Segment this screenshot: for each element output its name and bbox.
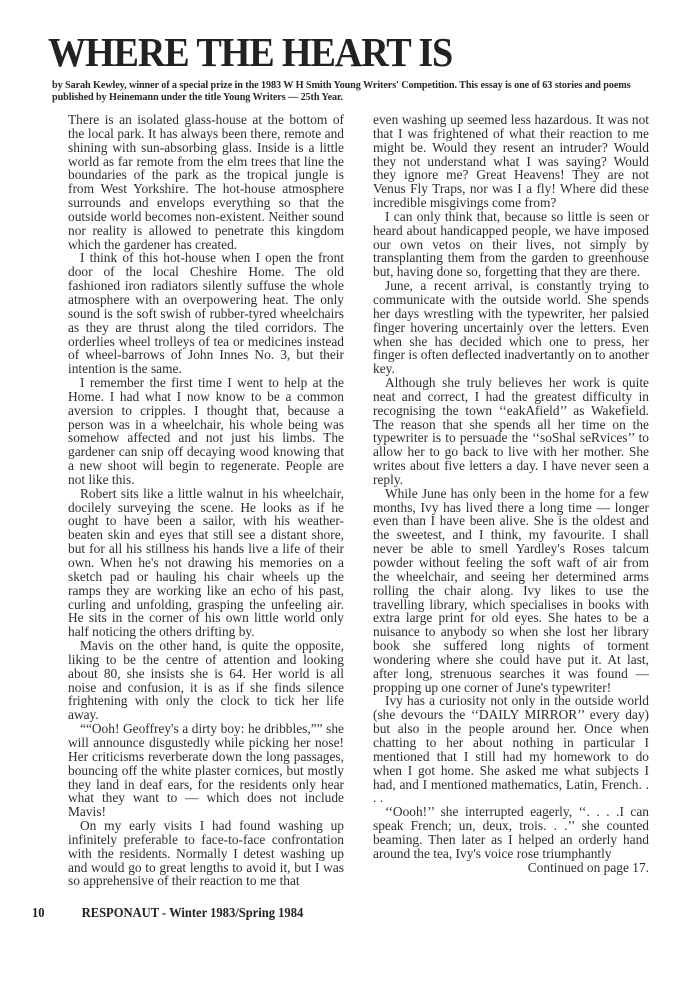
page-footer: 10 RESPONAUT - Winter 1983/Spring 1984	[32, 905, 303, 921]
paragraph: Ivy has a curiosity not only in the outs…	[373, 694, 649, 805]
paragraph: June, a recent arrival, is constantly tr…	[373, 279, 649, 376]
continued-note: Continued on page 17.	[373, 861, 649, 875]
publication-name: RESPONAUT - Winter 1983/Spring 1984	[82, 905, 304, 920]
paragraph: Although she truly believes her work is …	[373, 376, 649, 487]
paragraph: even washing up seemed less hazardous. I…	[373, 113, 649, 210]
paragraph: ““Ooh! Geoffrey's a dirty boy: he dribbl…	[68, 722, 344, 819]
paragraph: ‘‘Oooh!’’ she interrupted eagerly, ‘‘. .…	[373, 805, 649, 860]
paragraph: I remember the first time I went to help…	[68, 376, 344, 487]
paragraph: On my early visits I had found washing u…	[68, 819, 344, 888]
paragraph: There is an isolated glass-house at the …	[68, 113, 344, 251]
article-title: WHERE THE HEART IS	[48, 30, 452, 74]
paragraph: I can only think that, because so little…	[373, 210, 649, 279]
article-byline: by Sarah Kewley, winner of a special pri…	[52, 80, 652, 103]
paragraph: I think of this hot-house when I open th…	[68, 251, 344, 376]
paragraph: Mavis on the other hand, is quite the op…	[68, 639, 344, 722]
page-number: 10	[32, 905, 79, 921]
paragraph: While June has only been in the home for…	[373, 487, 649, 695]
right-column: even washing up seemed less hazardous. I…	[373, 113, 649, 874]
paragraph: Robert sits like a little walnut in his …	[68, 487, 344, 639]
left-column: There is an isolated glass-house at the …	[68, 113, 344, 888]
